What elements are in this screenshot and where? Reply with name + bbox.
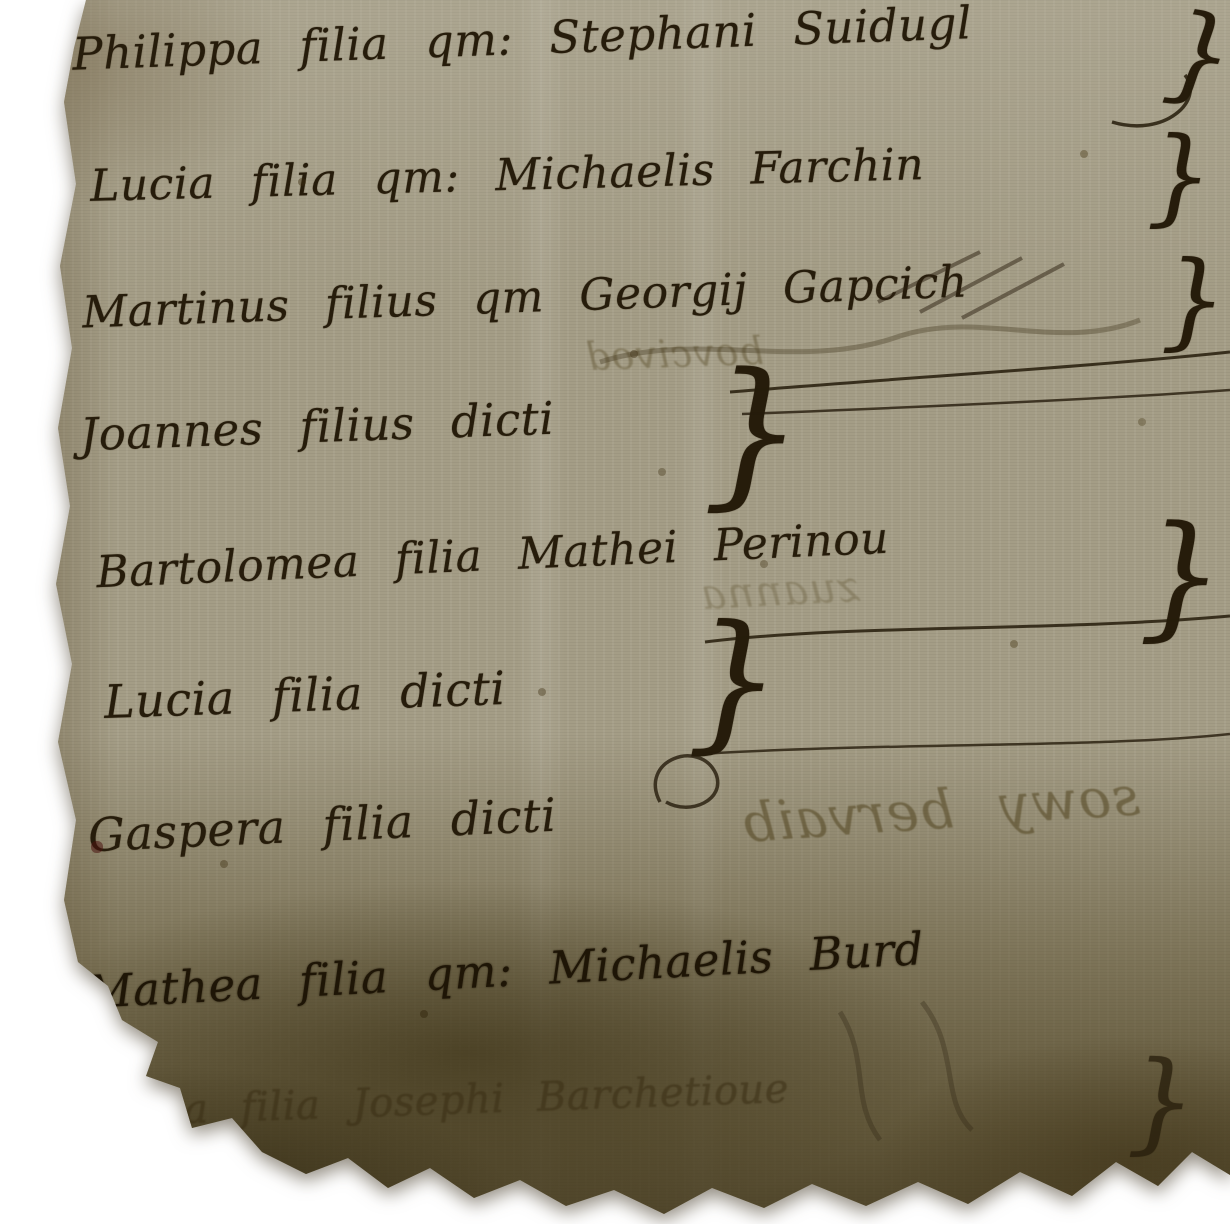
bleed-scribble-band <box>600 320 1140 362</box>
long-stroke-line6-a <box>705 616 1230 642</box>
paper-speckles <box>0 0 4 4</box>
paper-page: bovcivod zuanna sowy bervaib Philippa fi… <box>0 0 1230 1224</box>
manuscript-scan: bovcivod zuanna sowy bervaib Philippa fi… <box>0 0 1230 1224</box>
flourish-under-line1 <box>1112 75 1190 126</box>
loop-flourish-line7 <box>655 756 717 807</box>
bleed-scribble-line8 <box>840 1002 972 1140</box>
long-stroke-line4-a <box>730 352 1230 392</box>
long-stroke-line6-b <box>700 734 1230 754</box>
long-stroke-line4-b <box>742 390 1230 414</box>
paper-shadow: bovcivod zuanna sowy bervaib Philippa fi… <box>0 0 1230 1224</box>
strike-scribble-line3 <box>878 252 1064 318</box>
pen-flourishes <box>0 0 1230 1224</box>
